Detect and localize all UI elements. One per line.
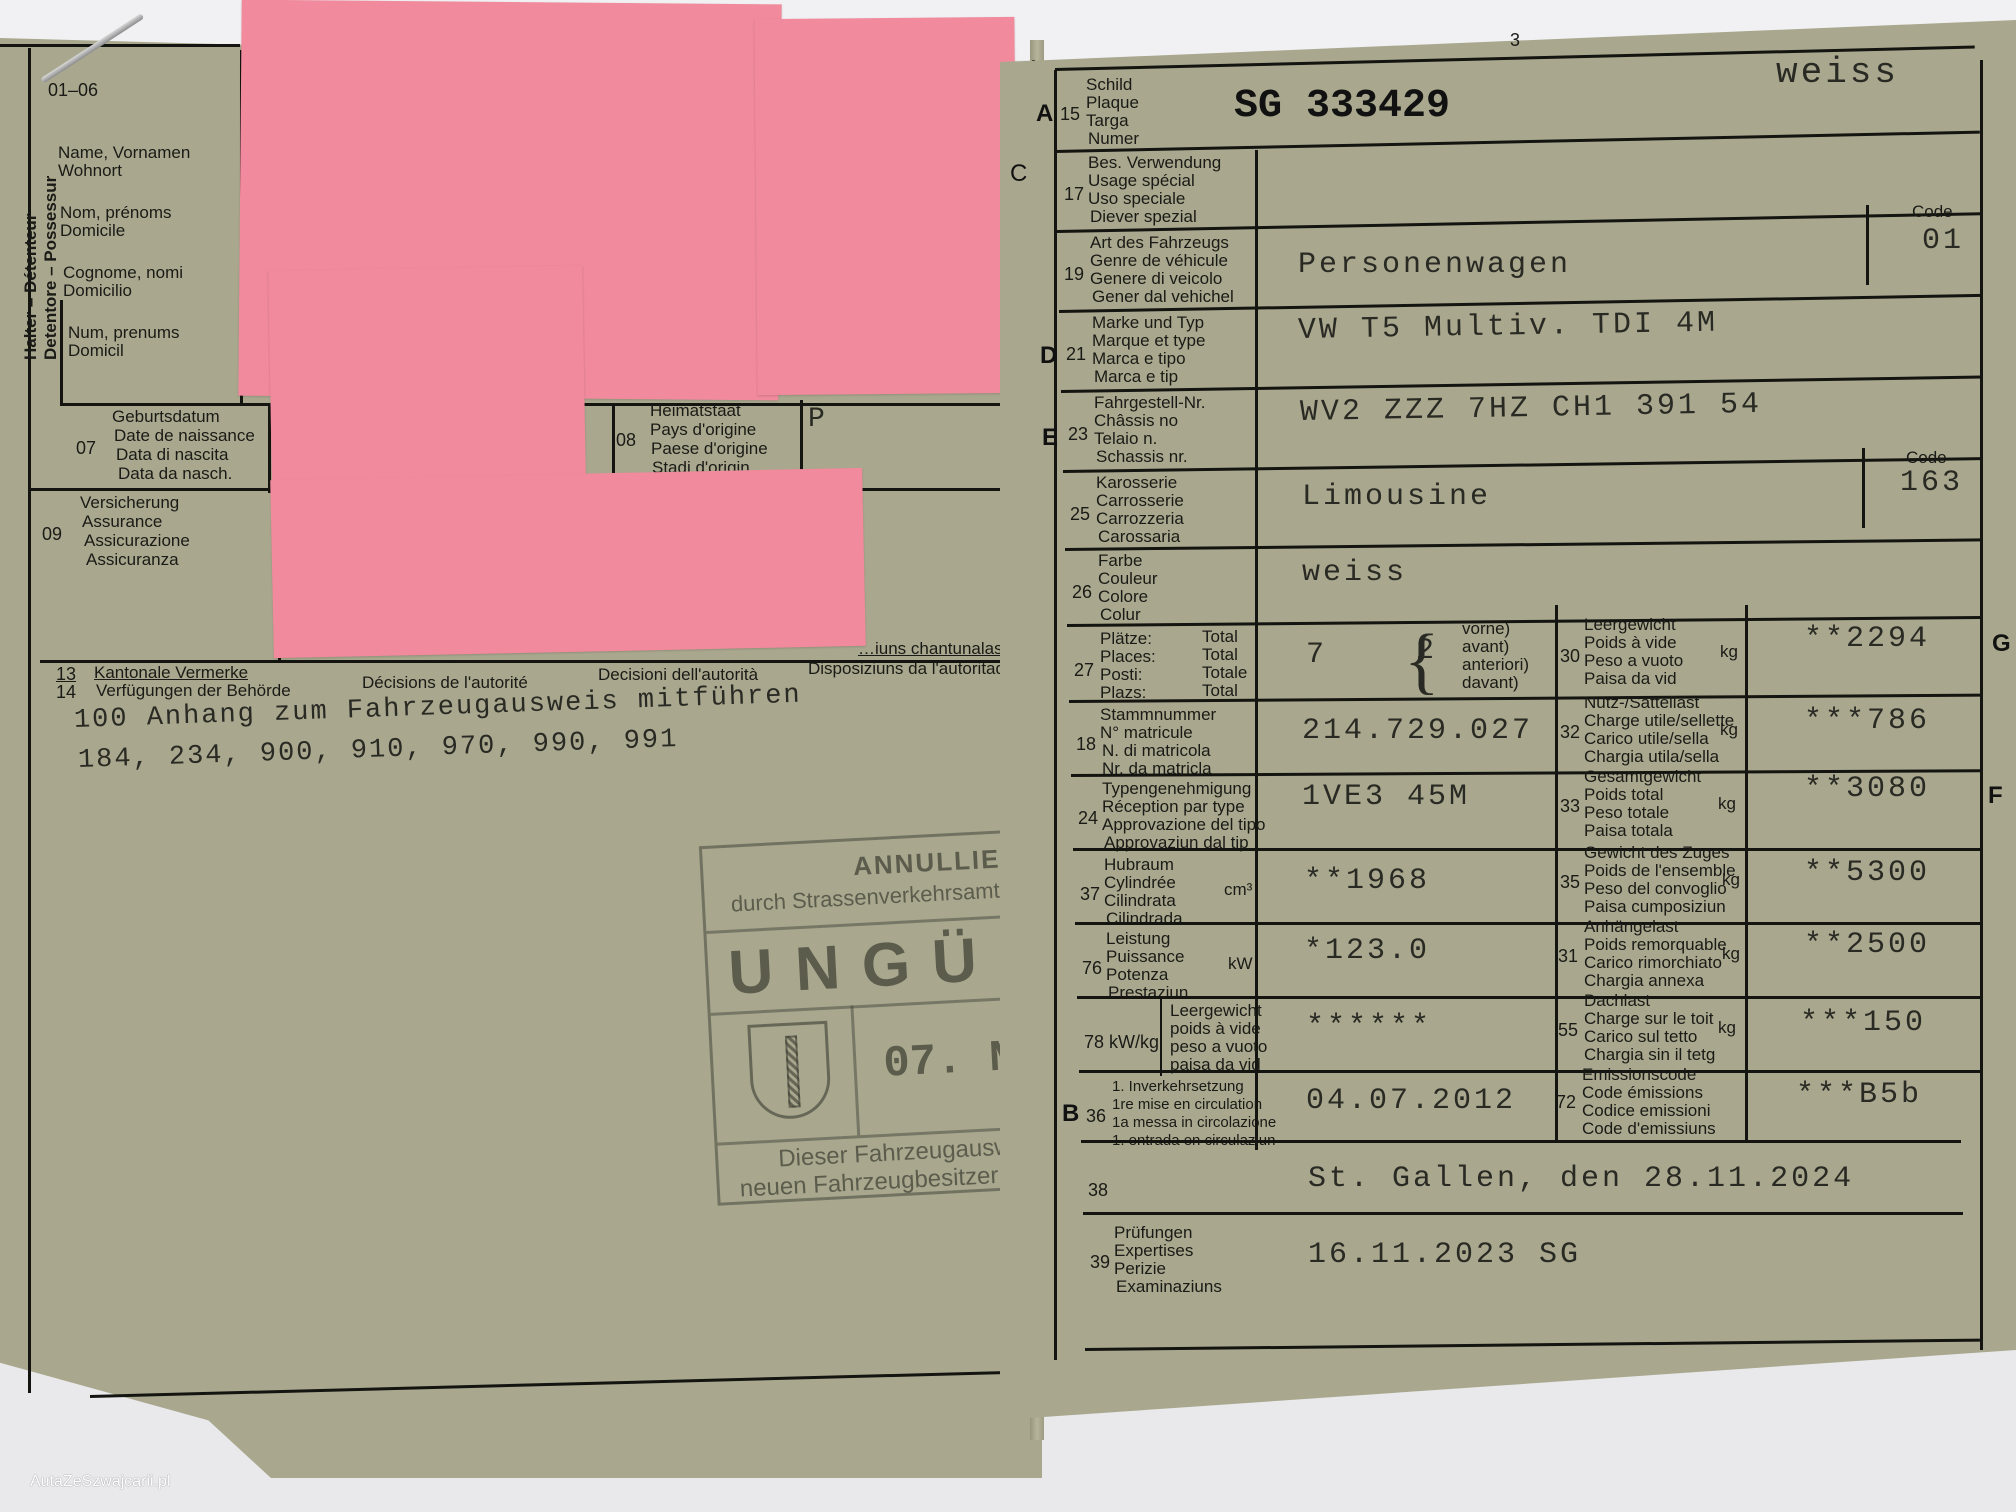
field-label: Puissance (1106, 948, 1184, 966)
registration-number-value: 214.729.027 (1302, 714, 1533, 748)
watermark: AutaZeSzwajcarii.pl (30, 1473, 171, 1491)
field-label: Dachlast (1584, 992, 1650, 1010)
field-label: Pays d'origine (650, 421, 756, 439)
field-label: Chargia sin il tetg (1584, 1046, 1715, 1064)
field-number: 18 (1076, 734, 1096, 755)
field-label: Nutz-/Sattellast (1584, 694, 1699, 712)
plate-color-value: weiss (1776, 52, 1899, 93)
field-number: 27 (1074, 660, 1094, 681)
field-label: Stammnummer (1100, 706, 1216, 724)
payload-value: ***786 (1804, 704, 1930, 738)
field-label: Châssis no (1094, 412, 1178, 430)
divider (1555, 605, 1558, 1140)
sticky-note-redaction (268, 265, 586, 480)
divider (1745, 605, 1748, 1140)
field-label: Gewicht des Zuges (1584, 844, 1730, 862)
field-label: Genre de véhicule (1090, 252, 1228, 270)
field-label: Colur (1100, 606, 1141, 624)
field-label: Réception par type (1102, 798, 1245, 816)
field-number: 19 (1064, 264, 1084, 285)
field-number: 01–06 (48, 80, 98, 101)
field-label: Cylindrée (1104, 874, 1176, 892)
field-label: Colore (1098, 588, 1148, 606)
issue-place-date-value: St. Gallen, den 28.11.2024 (1308, 1162, 1854, 1196)
field-label: Targa (1086, 112, 1129, 130)
power-value: *123.0 (1304, 934, 1430, 968)
field-label: Gesamtgewicht (1584, 768, 1701, 786)
field-label: Carico rimorchiato (1584, 954, 1722, 972)
field-label: Peso totale (1584, 804, 1669, 822)
field-label: Assicuranza (86, 551, 179, 569)
body-type-value: Limousine (1302, 480, 1491, 514)
field-label: Telaio n. (1094, 430, 1157, 448)
divider (1081, 1140, 1961, 1143)
field-label: Total (1202, 628, 1238, 646)
vehicle-type-value: Personenwagen (1298, 248, 1571, 282)
field-label: Perizie (1114, 1260, 1166, 1278)
field-label: Marca e tip (1094, 368, 1178, 386)
field-label: Disposiziuns da l'autoritad (808, 660, 1005, 678)
unit-label: kg (1722, 944, 1740, 964)
plate-number-value: SG 333429 (1234, 84, 1450, 129)
field-label: Code émissions (1582, 1084, 1703, 1102)
divider (1079, 1070, 1982, 1073)
field-label: Assicurazione (84, 532, 190, 550)
field-number: 08 (616, 430, 636, 451)
field-label: vorne) (1462, 620, 1510, 638)
field-label: Carrozzeria (1096, 510, 1184, 528)
field-label: Total (1202, 646, 1238, 664)
field-number: 30 (1560, 646, 1580, 667)
divider (1862, 448, 1865, 528)
field-label: Cognome, nomi (63, 264, 183, 282)
field-label: Anhängelast (1584, 918, 1679, 936)
field-label: Genere di veicolo (1090, 270, 1222, 288)
field-label: Poids à vide (1584, 634, 1677, 652)
divider (1255, 150, 1258, 1150)
field-number: 09 (42, 524, 62, 545)
field-label: Décisions de l'autorité (362, 674, 528, 692)
field-label: peso a vuoto (1170, 1038, 1267, 1056)
unit-label: kW (1228, 954, 1253, 974)
field-number: 39 (1090, 1252, 1110, 1273)
field-label: Poids remorquable (1584, 936, 1727, 954)
towing-capacity-value: **2500 (1804, 928, 1930, 962)
field-label: Heimatstaat (650, 402, 741, 420)
field-number: 07 (76, 438, 96, 459)
field-number: 38 (1088, 1180, 1108, 1201)
field-number: 14 (56, 682, 76, 703)
field-label: Emissionscode (1582, 1066, 1696, 1084)
field-label: Gener dal vehichel (1092, 288, 1234, 306)
divider (1054, 70, 1057, 1360)
field-label: Couleur (1098, 570, 1158, 588)
field-label: Name, Vornamen (58, 144, 190, 162)
field-label: avant) (1462, 638, 1509, 656)
field-label: Chargia utila/sella (1584, 748, 1719, 766)
field-label: Totale (1202, 664, 1247, 682)
field-label: Versicherung (80, 494, 179, 512)
field-label: Farbe (1098, 552, 1142, 570)
empty-weight-value: **2294 (1804, 622, 1930, 656)
field-label: Total (1202, 682, 1238, 700)
field-number: 15 (1060, 104, 1080, 125)
holder-side-label: Halter – Détenteur (22, 214, 40, 360)
field-label: Cilindrada (1106, 910, 1183, 928)
field-label: Poids total (1584, 786, 1663, 804)
unit-label: kW/kg (1109, 1032, 1159, 1052)
field-label: davant) (1462, 674, 1519, 692)
field-label: Plaque (1086, 94, 1139, 112)
unit-label: kg (1720, 720, 1738, 740)
divider (612, 403, 615, 483)
field-number: 35 (1560, 872, 1580, 893)
field-label: Carossaria (1098, 528, 1180, 546)
field-label: Leistung (1106, 930, 1170, 948)
field-label: Paese d'origine (651, 440, 768, 458)
field-label: Cilindrata (1104, 892, 1176, 910)
displacement-value: **1968 (1304, 864, 1430, 898)
field-label: Places: (1100, 648, 1156, 666)
field-number: 78 kW/kg (1084, 1032, 1159, 1053)
power-to-weight-value: ****** (1306, 1010, 1432, 1044)
combination-weight-value: **5300 (1804, 856, 1930, 890)
field-label: anteriori) (1462, 656, 1529, 674)
margin-marker: G (1992, 630, 2011, 658)
field-label: Paisa da vid (1584, 670, 1677, 688)
field-label: Approvazione del tipo (1102, 816, 1266, 834)
field-label: Examinaziuns (1116, 1278, 1222, 1296)
field-label: poids à vide (1170, 1020, 1261, 1038)
field-label: Num, prenums (68, 324, 179, 342)
field-label: Charge utile/sellette (1584, 712, 1734, 730)
field-label: …iuns chantunalas (858, 640, 1003, 658)
field-label: Leergewicht (1584, 616, 1676, 634)
inspection-date-value: 16.11.2023 SG (1308, 1238, 1581, 1272)
field-label: Codice emissioni (1582, 1102, 1711, 1120)
field-number: 31 (1558, 946, 1578, 967)
field-label: Prestaziun (1108, 984, 1188, 1002)
field-label: Nom, prénoms (60, 204, 171, 222)
field-label: N. di matricola (1102, 742, 1211, 760)
roof-load-value: ***150 (1800, 1006, 1926, 1040)
margin-marker: A (1036, 100, 1053, 128)
color-value: weiss (1302, 556, 1407, 590)
divider (1083, 1212, 1963, 1215)
field-label: Geburtsdatum (112, 408, 220, 426)
divider (60, 300, 63, 405)
field-number: 26 (1072, 582, 1092, 603)
sticky-note-redaction (270, 468, 866, 658)
field-label: Carico utile/sella (1584, 730, 1709, 748)
field-label: Karosserie (1096, 474, 1177, 492)
field-number: 25 (1070, 504, 1090, 525)
field-label: Paisa cumposiziun (1584, 898, 1726, 916)
country-of-origin-value: P (808, 404, 828, 435)
divider (1160, 998, 1162, 1076)
field-label: Diever spezial (1090, 208, 1197, 226)
total-weight-value: **3080 (1804, 772, 1930, 806)
unit-label: kg (1722, 870, 1740, 890)
field-label: Potenza (1106, 966, 1168, 984)
field-label: Usage spécial (1088, 172, 1195, 190)
field-label: Hubraum (1104, 856, 1174, 874)
field-label: Domicilio (63, 282, 132, 300)
field-label: Verfügungen der Behörde (96, 682, 291, 700)
field-label: Assurance (82, 513, 162, 531)
field-label: Prüfungen (1114, 1224, 1192, 1242)
margin-marker: B (1062, 1100, 1079, 1128)
field-label: Chargia annexa (1584, 972, 1704, 990)
divider (1866, 205, 1869, 285)
unit-label: cm³ (1224, 880, 1252, 900)
vehicle-type-code: 01 (1922, 224, 1964, 258)
field-label: Expertises (1114, 1242, 1193, 1260)
field-label: Kantonale Vermerke (94, 664, 248, 682)
field-label: 1a messa in circolazione (1112, 1114, 1276, 1132)
holder-side-label: Detentore – Possessur (42, 176, 60, 360)
field-label: Typengenehmigung (1102, 780, 1251, 798)
field-number: 17 (1064, 184, 1084, 205)
field-label: Decisioni dell'autorità (598, 666, 758, 684)
page-number: 3 (1510, 30, 1520, 51)
field-label: Schassis nr. (1096, 448, 1188, 466)
field-label: Wohnort (58, 162, 122, 180)
type-approval-value: 1VE3 45M (1302, 780, 1470, 814)
field-label: Carrosserie (1096, 492, 1184, 510)
field-label: Leergewicht (1170, 1002, 1262, 1020)
field-label: N° matricule (1100, 724, 1193, 742)
field-label: Numer (1088, 130, 1139, 148)
field-label: Schild (1086, 76, 1132, 94)
field-label: Domicil (68, 342, 124, 360)
field-label: Bes. Verwendung (1088, 154, 1221, 172)
body-type-code: 163 (1900, 466, 1963, 500)
unit-label: kg (1720, 642, 1738, 662)
field-number: 72 (1556, 1092, 1576, 1113)
field-label: Charge sur le toit (1584, 1010, 1713, 1028)
field-number: 32 (1560, 722, 1580, 743)
field-number: 24 (1078, 808, 1098, 829)
divider (800, 400, 803, 480)
margin-marker: F (1988, 782, 2003, 810)
code-label: Code (1912, 202, 1953, 222)
divider (1075, 922, 1982, 925)
field-number: 33 (1560, 796, 1580, 817)
field-label: Data da nasch. (118, 465, 232, 483)
unit-label: kg (1718, 1018, 1736, 1038)
field-label: Marca e tipo (1092, 350, 1186, 368)
stamp-divider (850, 1005, 860, 1135)
margin-marker: C (1010, 160, 1027, 188)
field-label: Uso speciale (1088, 190, 1185, 208)
field-number: 55 (1558, 1020, 1578, 1041)
field-label: Marke und Typ (1092, 314, 1204, 332)
divider (1073, 848, 1982, 851)
field-number: 78 (1084, 1032, 1104, 1052)
seats-total-value: 7 (1306, 638, 1327, 672)
unit-label: kg (1718, 794, 1736, 814)
field-number: 36 (1086, 1106, 1106, 1127)
divider (1980, 60, 1983, 1350)
margin-marker: D (1040, 342, 1057, 370)
field-label: Marque et type (1092, 332, 1205, 350)
coat-of-arms-icon (747, 1021, 832, 1121)
field-number: 76 (1082, 958, 1102, 979)
field-label: 1re mise en circulation (1112, 1096, 1262, 1114)
field-label: Domicile (60, 222, 125, 240)
emission-code-value: ***B5b (1796, 1078, 1922, 1112)
margin-marker: E (1042, 424, 1058, 452)
seats-front-value: 2 (1416, 634, 1437, 668)
field-label: Date de naissance (114, 427, 255, 445)
field-label: Art des Fahrzeugs (1090, 234, 1229, 252)
field-label: Posti: (1100, 666, 1143, 684)
field-label: Plätze: (1100, 630, 1152, 648)
divider (0, 44, 240, 47)
field-label: Fahrgestell-Nr. (1094, 394, 1205, 412)
field-label: Peso del convoglio (1584, 880, 1727, 898)
sticky-note-redaction (754, 17, 1017, 395)
field-label: Carico sul tetto (1584, 1028, 1697, 1046)
field-label: Peso a vuoto (1584, 652, 1683, 670)
code-label: Code (1906, 448, 1947, 468)
field-label: Code d'emissiuns (1582, 1120, 1716, 1138)
field-label: Paisa totala (1584, 822, 1673, 840)
field-label: Data di nascita (116, 446, 228, 464)
first-registration-date-value: 04.07.2012 (1306, 1084, 1516, 1118)
field-number: 37 (1080, 884, 1100, 905)
field-label: 1. Inverkehrsetzung (1112, 1078, 1244, 1096)
field-number: 21 (1066, 344, 1086, 365)
field-number: 23 (1068, 424, 1088, 445)
field-label: Poids de l'ensemble (1584, 862, 1736, 880)
divider (1077, 996, 1982, 999)
